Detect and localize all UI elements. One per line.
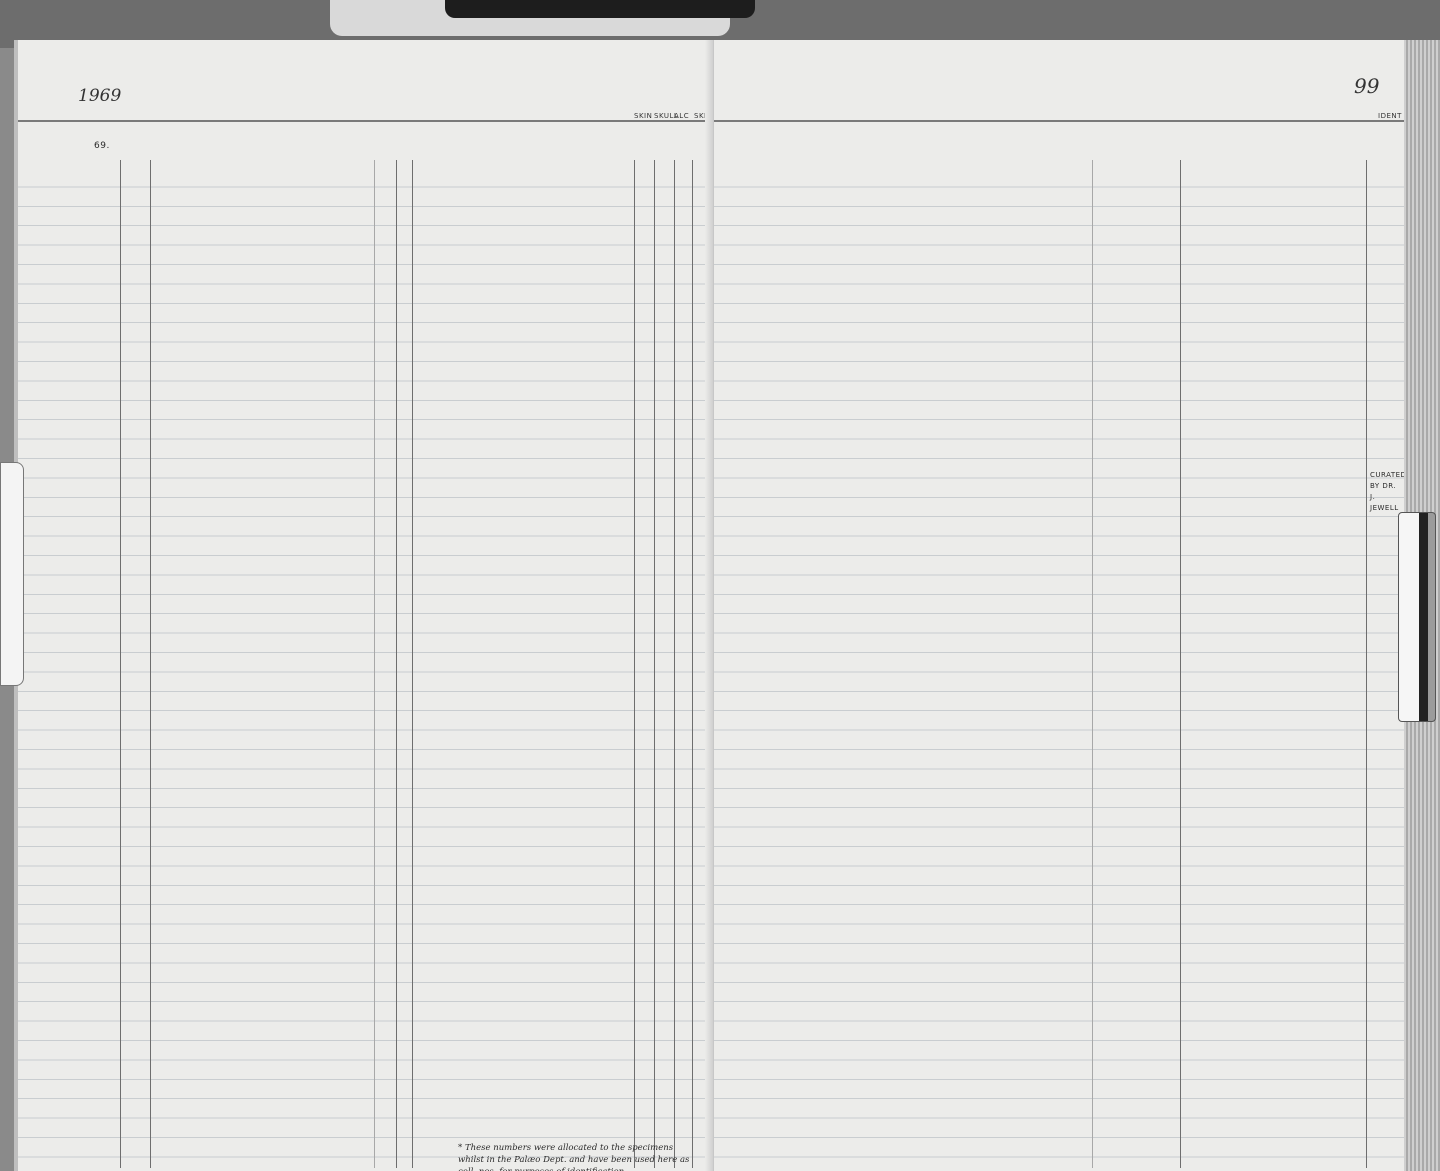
col-head-skin: SKIN (634, 112, 652, 120)
column-divider (1366, 160, 1367, 1168)
curator-note: CURATED BY DR. J. JEWELL (1370, 470, 1404, 514)
column-divider (120, 160, 121, 1168)
column-divider (396, 160, 397, 1168)
column-divider (150, 160, 151, 1168)
book-strap-shadow (445, 0, 755, 18)
left-page: 1969 SKIN SKULL ALC SKEL 69. * These num… (14, 40, 718, 1171)
page-number: 99 (1354, 74, 1379, 98)
column-divider (654, 160, 655, 1168)
header-rule (18, 120, 718, 122)
header-rule (714, 120, 1404, 122)
column-divider (634, 160, 635, 1168)
left-index-tab[interactable] (0, 462, 24, 686)
column-divider (1180, 160, 1181, 1168)
right-page: 99 IDENT CURATED BY DR. J. JEWELL (714, 40, 1404, 1171)
footnote: * These numbers were allocated to the sp… (458, 1142, 698, 1171)
year-label: 1969 (78, 86, 121, 106)
column-divider (1092, 160, 1093, 1168)
column-divider (374, 160, 375, 1168)
ruled-lines (18, 168, 718, 1168)
bookmark-tab[interactable] (1398, 512, 1436, 722)
col-head-alc: ALC (674, 112, 689, 120)
column-divider (692, 160, 693, 1168)
column-divider (674, 160, 675, 1168)
col-head-ident: IDENT (1378, 112, 1402, 120)
column-divider (412, 160, 413, 1168)
margin-mark: 69. (94, 139, 110, 153)
ruled-lines (714, 168, 1404, 1168)
